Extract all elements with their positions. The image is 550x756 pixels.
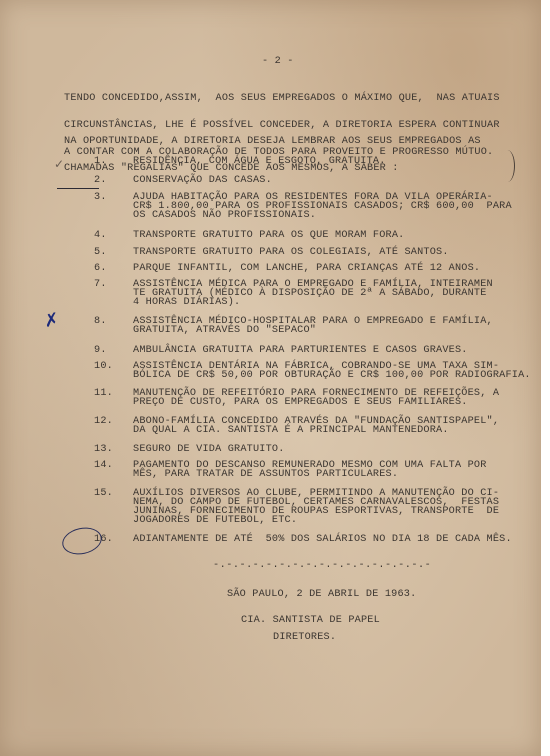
list-item-number: 2. xyxy=(94,176,107,185)
list-item: TRANSPORTE GRATUITO PARA OS COLEGIAIS, A… xyxy=(133,248,449,257)
list-item-line: ADIANTAMENTE DE ATÉ 50% DOS SALÁRIOS NO … xyxy=(133,535,512,544)
place-date: SÃO PAULO, 2 DE ABRIL DE 1963. xyxy=(227,590,416,599)
list-item-line: PREÇO DE CUSTO, PARA OS EMPREGADOS E SEU… xyxy=(133,398,499,407)
company-name: CIA. SANTISTA DE PAPEL xyxy=(241,616,380,625)
pencil-check-mark-icon: ✓ xyxy=(54,157,64,171)
list-item-line: PARQUE INFANTIL, COM LANCHE, PARA CRIANÇ… xyxy=(133,264,480,273)
list-item-number: 12. xyxy=(94,417,113,426)
list-item: AMBULÂNCIA GRATUITA PARA PARTURIENTES E … xyxy=(133,346,468,355)
list-item-number: 1. xyxy=(94,157,107,166)
list-item-line: JOGADORES DE FUTEBOL, ETC. xyxy=(133,516,499,525)
page-number: - 2 - xyxy=(262,57,294,66)
list-item-number: 15. xyxy=(94,489,113,498)
list-item: TRANSPORTE GRATUITO PARA OS QUE MORAM FO… xyxy=(133,231,404,240)
list-item-line: TRANSPORTE GRATUITO PARA OS COLEGIAIS, A… xyxy=(133,248,449,257)
list-item-number: 13. xyxy=(94,445,113,454)
list-item: SEGURO DE VIDA GRATUITO. xyxy=(133,445,285,454)
pencil-bracket-mark xyxy=(500,150,515,182)
list-item: PAGAMENTO DO DESCANSO REMUNERADO MESMO C… xyxy=(133,461,487,479)
signature-role: DIRETORES. xyxy=(273,633,336,642)
list-item-line: CONSERVAÇÃO DAS CASAS. xyxy=(133,176,272,185)
list-item-number: 8. xyxy=(94,317,107,326)
list-item-line: MÊS, PARA TRATAR DE ASSUNTOS PARTICULARE… xyxy=(133,470,487,479)
list-item-number: 5. xyxy=(94,248,107,257)
list-item-number: 14. xyxy=(94,461,113,470)
list-item-line: BÓLICA DE Cr$ 50,00 POR OBTURAÇÃO E Cr$ … xyxy=(133,371,531,380)
list-item-line: OS CASADOS NÃO PROFISSIONAIS. xyxy=(133,211,512,220)
list-item-number: 7. xyxy=(94,280,107,289)
list-item: CONSERVAÇÃO DAS CASAS. xyxy=(133,176,272,185)
list-item-line: AMBULÂNCIA GRATUITA PARA PARTURIENTES E … xyxy=(133,346,468,355)
list-item: ASSISTÊNCIA MÉDICO-HOSPITALAR PARA O EMP… xyxy=(133,317,493,335)
list-item: ASSISTÊNCIA DENTÁRIA NA FÁBRICA, COBRAND… xyxy=(133,362,531,380)
list-item-number: 11. xyxy=(94,389,113,398)
list-item: ABONO-FAMÍLIA CONCEDIDO ATRAVÉS DA "FUND… xyxy=(133,417,499,435)
list-item: ASSISTÊNCIA MÉDICA PARA O EMPREGADO E FA… xyxy=(133,280,493,307)
pen-circle-mark xyxy=(60,524,105,558)
list-item-line: RESIDÊNCIA, COM ÁGUA E ESGOTO, GRATUITA. xyxy=(133,157,386,166)
list-item-number: 6. xyxy=(94,264,107,273)
list-item: PARQUE INFANTIL, COM LANCHE, PARA CRIANÇ… xyxy=(133,264,480,273)
intro-line: NA OPORTUNIDADE, A DIRETORIA DESEJA LEMB… xyxy=(64,137,481,146)
list-item-line: 4 HORAS DIÁRIAS). xyxy=(133,298,493,307)
benefits-intro-paragraph: NA OPORTUNIDADE, A DIRETORIA DESEJA LEMB… xyxy=(64,119,481,191)
document-page: - 2 - TENDO CONCEDIDO,ASSIM, AOS SEUS EM… xyxy=(0,0,541,756)
list-item: ADIANTAMENTE DE ATÉ 50% DOS SALÁRIOS NO … xyxy=(133,535,512,544)
separator-line: -.-.-.-.-.-.-.-.-.-.-.-.-.-.-.-.- xyxy=(213,561,431,570)
list-item-line: DA QUAL A CIA. SANTISTA É A PRINCIPAL MA… xyxy=(133,426,499,435)
list-item-line: GRATUITA, ATRAVÉS DO "SEPACO" xyxy=(133,326,493,335)
intro-line: TENDO CONCEDIDO,ASSIM, AOS SEUS EMPREGAD… xyxy=(64,94,500,103)
pen-x-mark-icon: ✗ xyxy=(42,309,61,332)
list-item-line: SEGURO DE VIDA GRATUITO. xyxy=(133,445,285,454)
list-item: AUXÍLIOS DIVERSOS AO CLUBE, PERMITINDO A… xyxy=(133,489,499,525)
list-item-number: 9. xyxy=(94,346,107,355)
list-item-line: TRANSPORTE GRATUITO PARA OS QUE MORAM FO… xyxy=(133,231,404,240)
list-item: MANUTENÇÃO DE REFEITÓRIO PARA FORNECIMEN… xyxy=(133,389,499,407)
list-item-number: 10. xyxy=(94,362,113,371)
list-item: RESIDÊNCIA, COM ÁGUA E ESGOTO, GRATUITA. xyxy=(133,157,386,166)
list-item: AJUDA HABITAÇÃO PARA OS RESIDENTES FORA … xyxy=(133,193,512,220)
pen-underline-mark xyxy=(57,188,99,189)
list-item-number: 3. xyxy=(94,193,107,202)
list-item-number: 4. xyxy=(94,231,107,240)
